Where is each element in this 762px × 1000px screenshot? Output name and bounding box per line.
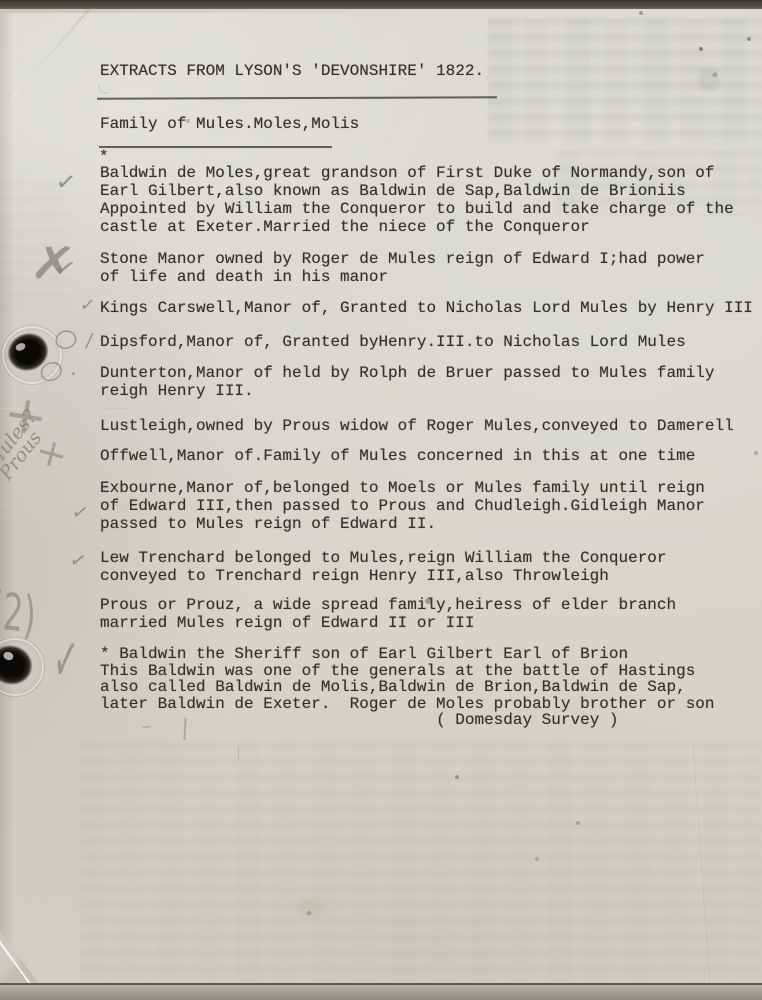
pencil-page-number: (2) (0, 584, 37, 641)
page-top-edge-sliver (0, 9, 430, 13)
pencil-stroke (238, 746, 239, 760)
pencil-checkmark: ✓ (79, 296, 96, 315)
typed-paragraph-prous: Prous or Prouz, a wide spread family,hei… (100, 596, 762, 632)
typed-paragraph-baldwin-de-moles: Baldwin de Moles,great grandson of First… (100, 164, 762, 236)
typed-paragraph-lustleigh: Lustleigh,owned by Prous widow of Roger … (100, 417, 762, 435)
typed-paragraph-baldwin-sheriff: * Baldwin the Sheriff son of Earl Gilber… (100, 646, 762, 729)
pencil-checkmark: ✓ (51, 628, 80, 697)
top-edge (0, 0, 762, 9)
pencil-dot-mark: . (70, 358, 77, 380)
paper-specks (0, 0, 2, 2)
bleed-through (488, 18, 762, 142)
typed-paragraph-dunterton: Dunterton,Manor of held by Rolph de Brue… (100, 364, 762, 400)
typed-paragraph-offwell: Offwell,Manor of.Family of Mules concern… (100, 447, 762, 465)
typed-paragraph-lew-trenchard: Lew Trenchard belonged to Mules,reign Wi… (100, 549, 762, 585)
page-title: EXTRACTS FROM LYSON'S 'DEVONSHIRE' 1822. (100, 62, 484, 80)
pencil-checkmark: ✓ (70, 501, 90, 524)
subtitle-underline (99, 146, 332, 148)
stain-spot (296, 898, 322, 918)
typed-paragraph-kings-carswell: Kings Carswell,Manor of, Granted to Nich… (100, 299, 762, 317)
bleed-through (80, 742, 762, 982)
photographed-document: EXTRACTS FROM LYSON'S 'DEVONSHIRE' 1822.… (0, 0, 762, 1000)
pencil-checkmark: ✓ (54, 169, 77, 196)
underlying-page-edge (0, 983, 762, 1000)
typed-paragraph-stone-manor: Stone Manor owned by Roger de Mules reig… (100, 250, 762, 286)
typed-paragraph-dipsford: Dipsford,Manor of, Granted byHenry.III.t… (100, 333, 762, 351)
page-subtitle: Family of Mules.Moles,Molis (100, 115, 359, 133)
typed-paragraph-exbourne: Exbourne,Manor of,belonged to Moels or M… (100, 479, 762, 533)
stain-spot (698, 66, 720, 92)
